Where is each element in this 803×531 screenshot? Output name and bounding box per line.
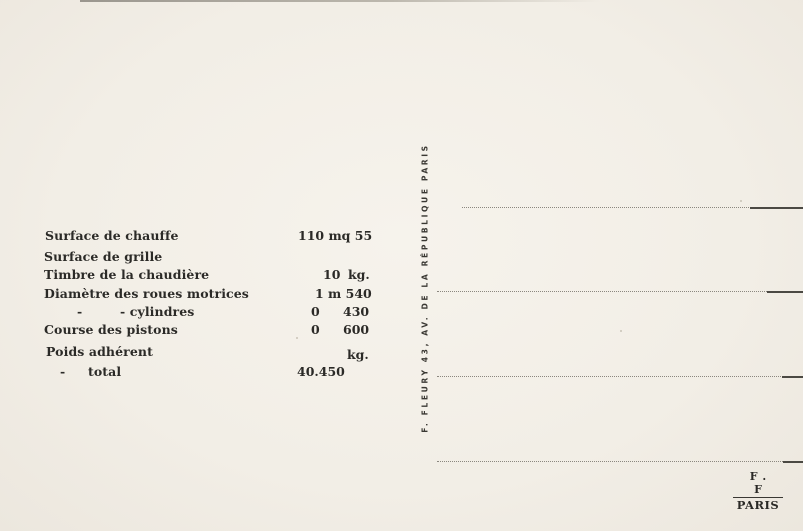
- address-line-3: [437, 376, 803, 377]
- spec-value: 40.450: [297, 364, 345, 379]
- spec-label: Timbre de la chaudière: [44, 267, 209, 282]
- spec-value-b: 600: [343, 322, 369, 337]
- paper-speck: [296, 337, 298, 339]
- spec-value: 1 m 540: [315, 286, 372, 301]
- spec-value: 10: [323, 267, 340, 282]
- spec-label: Poids adhérent: [46, 344, 153, 359]
- spec-row-surface-chauffe: Surface de chauffe 110 mq 55: [0, 228, 400, 246]
- paper-speck: [740, 200, 742, 202]
- spec-row-course-pistons: Course des pistons 0 600: [0, 322, 400, 340]
- spec-label: Surface de chauffe: [45, 228, 179, 243]
- publisher-city: PARIS: [733, 498, 783, 513]
- spec-label: Surface de grille: [44, 249, 162, 264]
- spec-value: 110 mq 55: [298, 228, 372, 243]
- address-line-solid-segment: [750, 207, 803, 209]
- spec-label: Diamètre des roues motrices: [44, 286, 249, 301]
- paper-speck: [620, 330, 622, 332]
- spec-sublabel: - cylindres: [120, 304, 194, 319]
- spec-row-poids-adherent: Poids adhérent kg.: [0, 344, 400, 362]
- spec-row-surface-grille: Surface de grille: [0, 249, 400, 267]
- address-line-2: [437, 291, 803, 292]
- spec-unit: kg.: [348, 267, 370, 282]
- locomotive-specs: Surface de chauffe 110 mq 55 Surface de …: [0, 0, 400, 531]
- spec-label: Course des pistons: [44, 322, 178, 337]
- postcard-back: Surface de chauffe 110 mq 55 Surface de …: [0, 0, 803, 531]
- spec-value-a: 0: [311, 304, 320, 319]
- publisher-imprint-vertical: F. FLEURY 43, AV. DE LA RÉPUBLIQUE PARIS: [418, 105, 432, 470]
- spec-sublabel: total: [88, 364, 121, 379]
- address-line-solid-segment: [782, 376, 803, 378]
- address-line-4: [437, 461, 803, 462]
- ditto-mark: -: [77, 304, 82, 319]
- address-line-solid-segment: [767, 291, 803, 293]
- address-line-1: [462, 207, 803, 208]
- ditto-mark: -: [60, 364, 65, 379]
- spec-row-poids-total: - total 40.450: [0, 364, 400, 382]
- spec-row-timbre-chaudiere: Timbre de la chaudière 10 kg.: [0, 267, 400, 285]
- spec-unit: kg.: [347, 347, 369, 362]
- address-line-solid-segment: [783, 461, 803, 463]
- publisher-initials: F. F: [733, 470, 783, 498]
- spec-value-a: 0: [311, 322, 320, 337]
- imprint-text: F. FLEURY 43, AV. DE LA RÉPUBLIQUE PARIS: [421, 143, 430, 433]
- publisher-mark: F. F PARIS: [733, 470, 783, 513]
- spec-value-b: 430: [343, 304, 369, 319]
- spec-row-cylindres: - - cylindres 0 430: [0, 304, 400, 322]
- spec-row-diametre-roues: Diamètre des roues motrices 1 m 540: [0, 286, 400, 304]
